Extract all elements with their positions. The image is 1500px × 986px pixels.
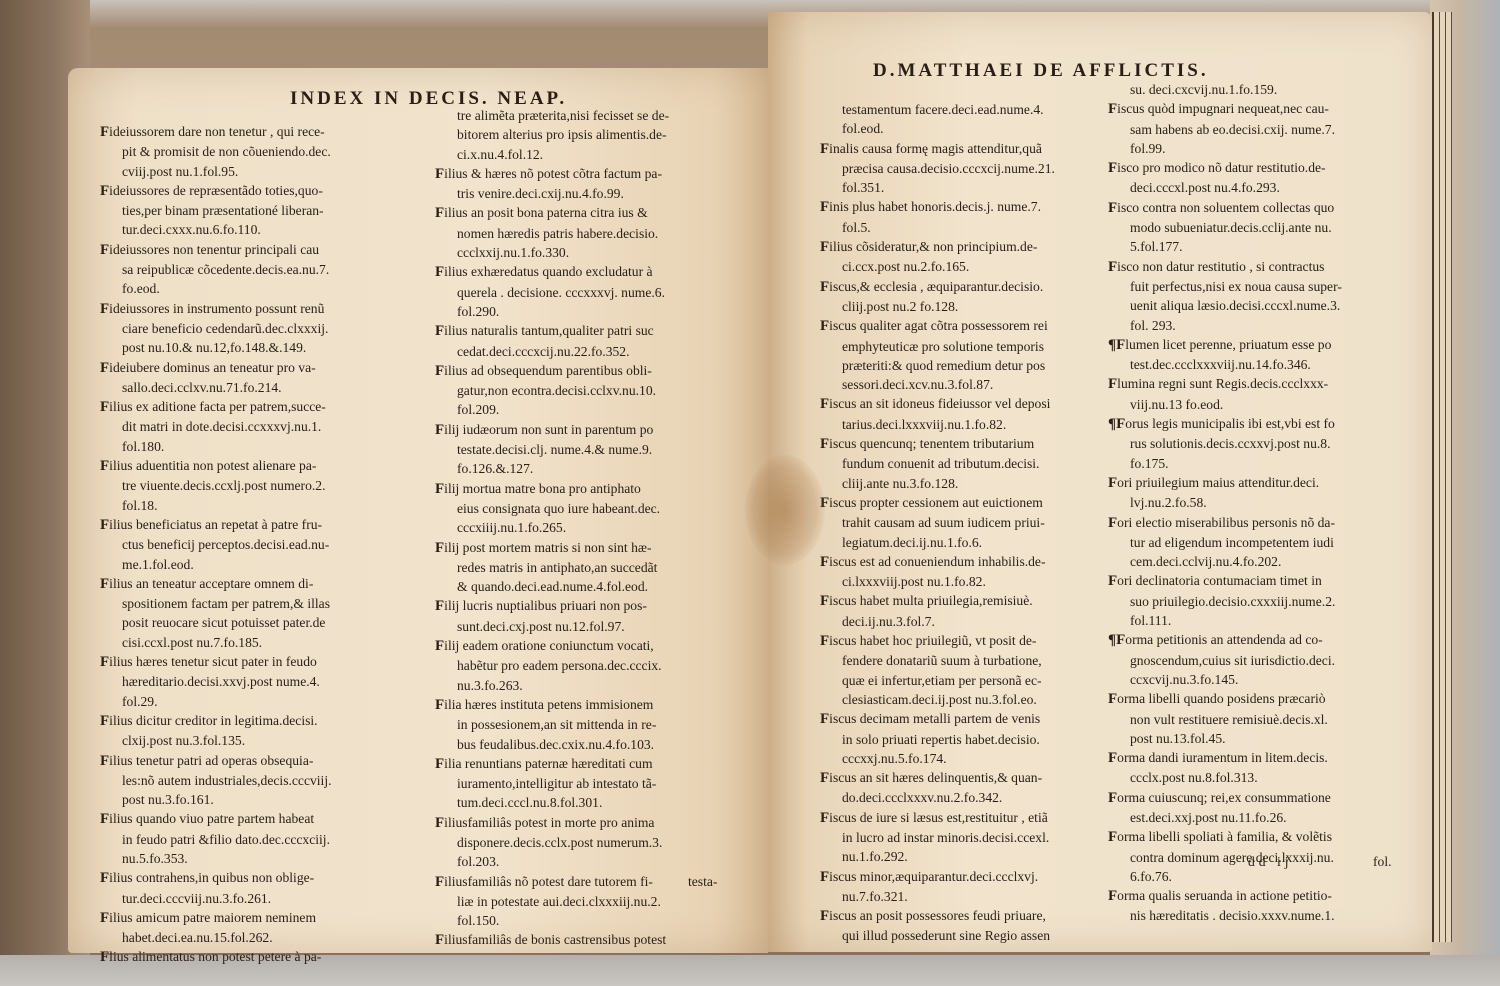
entry-continuation-line: præteriti:& quod remedium detur pos	[820, 356, 1120, 375]
index-entry: Filius ex aditione facta per patrem,succ…	[100, 397, 445, 456]
entry-headword-line: Filiusfamiliâs de bonis castrensibus pot…	[435, 930, 735, 950]
entry-continuation-line: 5.fol.177.	[1108, 237, 1408, 256]
entry-headword-line: Fideiussores non tenentur principali cau	[100, 240, 445, 260]
entry-continuation-line: uenit aliqua læsio.decisi.cccxl.nume.3.	[1108, 296, 1408, 315]
entry-continuation-line: tur.deci.cxxx.nu.6.fo.110.	[100, 220, 445, 239]
entry-continuation-line: ccclx.post nu.8.fol.313.	[1108, 768, 1408, 787]
entry-continuation-line: eius consignata quo iure habeant.dec.	[435, 499, 735, 518]
entry-continuation-line: sa reipublicæ cõcedente.decis.ea.nu.7.	[100, 260, 445, 279]
entry-headword-line: Fori declinatoria contumaciam timet in	[1108, 571, 1408, 591]
entry-headword-line: Forma dandi iuramentum in litem.decis.	[1108, 748, 1408, 768]
index-entry: Finis plus habet honoris.decis.j. nume.7…	[820, 197, 1120, 237]
entry-headword-line: ¶Flumen licet perenne, priuatum esse po	[1108, 335, 1408, 355]
entry-continuation-line: tre viuente.decis.ccxlj.post numero.2.	[100, 476, 445, 495]
index-entry: Filius hæres tenetur sicut pater in feud…	[100, 652, 445, 711]
index-entry: Fiscus an sit idoneus fideiussor vel dep…	[820, 394, 1120, 434]
entry-headword-line: Filius an posit bona paterna citra ius &	[435, 203, 735, 223]
index-entry: Filij post mortem matris si non sint hæ-…	[435, 538, 735, 597]
entry-continuation-line: trahit causam ad suum iudicem priui-	[820, 513, 1120, 532]
entry-continuation-line: disponere.decis.cclx.post numerum.3.	[435, 833, 735, 852]
entry-headword-line: Fori electio miserabilibus personis nõ d…	[1108, 513, 1408, 533]
entry-continuation-line: tum.deci.cccl.nu.8.fol.301.	[435, 793, 735, 812]
entry-continuation-line: ciare beneficio cedendarũ.dec.clxxxij.	[100, 319, 445, 338]
entry-continuation-line: quæ ei infertur,etiam per personã ec-	[820, 671, 1120, 690]
left-page: INDEX IN DECIS. NEAP. Fideiussorem dare …	[68, 68, 768, 953]
entry-continuation-line: modo subueniatur.decis.cclij.ante nu.	[1108, 218, 1408, 237]
index-entry: Filius exhæredatus quando excludatur àqu…	[435, 262, 735, 321]
index-column-right-b: su. deci.cxcvij.nu.1.fo.159.Fiscus quòd …	[1108, 80, 1408, 926]
running-head: D.MATTHAEI DE AFFLICTIS.	[873, 60, 1209, 82]
entry-headword-line: Filij post mortem matris si non sint hæ-	[435, 538, 735, 558]
entry-headword-line: Fideiussores in instrumento possunt renũ	[100, 299, 445, 319]
index-entry: su. deci.cxcvij.nu.1.fo.159.	[1108, 80, 1408, 99]
entry-headword-line: Filius an teneatur acceptare omnem di-	[100, 574, 445, 594]
index-entry: Fiscus an posit possessores feudi priuar…	[820, 906, 1120, 946]
right-page: D.MATTHAEI DE AFFLICTIS. testamentum fac…	[768, 12, 1432, 952]
entry-continuation-line: fuit perfectus,nisi ex noua causa super-	[1108, 277, 1408, 296]
index-column-left-a: Fideiussorem dare non tenetur , qui rece…	[100, 122, 445, 968]
entry-continuation-line: in lucro ad instar minoris.decisi.ccexl.	[820, 828, 1120, 847]
index-entry: ¶Forus legis municipalis ibi est,vbi est…	[1108, 414, 1408, 473]
entry-continuation-line: nu.3.fo.263.	[435, 676, 735, 695]
entry-continuation-line: test.dec.ccclxxxviij.nu.14.fo.346.	[1108, 355, 1408, 374]
entry-headword-line: Filius exhæredatus quando excludatur à	[435, 262, 735, 282]
entry-headword-line: Fiscus qualiter agat cõtra possessorem r…	[820, 316, 1120, 336]
entry-headword-line: ¶Forma petitionis an attendenda ad co-	[1108, 630, 1408, 650]
entry-continuation-line: fol.180.	[100, 437, 445, 456]
entry-continuation-line: fol.eod.	[820, 119, 1120, 138]
entry-headword-line: Filij mortua matre bona pro antiphato	[435, 479, 735, 499]
index-entry: Fideiussores non tenentur principali cau…	[100, 240, 445, 299]
index-entry: ¶Flumen licet perenne, priuatum esse pot…	[1108, 335, 1408, 375]
index-entry: Fideiubere dominus an teneatur pro va-sa…	[100, 358, 445, 398]
entry-headword-line: Filius & hæres nõ potest cõtra factum pa…	[435, 164, 735, 184]
entry-continuation-line: tur ad eligendum incompetentem iudi	[1108, 533, 1408, 552]
entry-continuation-line: nomen hæredis patris habere.decisio.	[435, 224, 735, 243]
entry-headword-line: Fiscus decimam metalli partem de venis	[820, 709, 1120, 729]
entry-headword-line: Fisco contra non soluentem collectas quo	[1108, 198, 1408, 218]
entry-continuation-line: liæ in potestate aui.deci.clxxxiij.nu.2.	[435, 892, 735, 911]
index-entry: Filius ad obsequendum parentibus obli-ga…	[435, 361, 735, 420]
entry-continuation-line: iuramento,intelligitur ab intestato tã-	[435, 774, 735, 793]
entry-continuation-line: post nu.3.fo.161.	[100, 790, 445, 809]
entry-continuation-line: ci.lxxxviij.post nu.1.fo.82.	[820, 572, 1120, 591]
entry-continuation-line: ctus beneficij perceptos.decisi.ead.nu-	[100, 535, 445, 554]
entry-headword-line: Filius beneficiatus an repetat à patre f…	[100, 515, 445, 535]
index-entry: Filius beneficiatus an repetat à patre f…	[100, 515, 445, 574]
entry-headword-line: Finis plus habet honoris.decis.j. nume.7…	[820, 197, 1120, 217]
entry-continuation-line: lvj.nu.2.fo.58.	[1108, 493, 1408, 512]
index-entry: Fiscus habet hoc priuilegiũ, vt posit de…	[820, 631, 1120, 709]
entry-continuation-line: viij.nu.13 fo.eod.	[1108, 395, 1408, 414]
entry-headword-line: Fiscus propter cessionem aut euictionem	[820, 493, 1120, 513]
entry-headword-line: Finalis causa formę magis attenditur,quã	[820, 139, 1120, 159]
entry-continuation-line: clesiasticam.deci.ij.post nu.3.fol.eo.	[820, 690, 1120, 709]
entry-continuation-line: fundum conuenit ad tributum.decisi.	[820, 454, 1120, 473]
index-entry: Filij lucris nuptialibus priuari non pos…	[435, 596, 735, 636]
entry-headword-line: Filius ad obsequendum parentibus obli-	[435, 361, 735, 381]
entry-continuation-line: cliij.ante nu.3.fo.128.	[820, 474, 1120, 493]
index-entry: Fideiussores in instrumento possunt renũ…	[100, 299, 445, 358]
index-entry: Filij mortua matre bona pro antiphatoeiu…	[435, 479, 735, 538]
entry-continuation-line: querela . decisione. cccxxxvj. nume.6.	[435, 283, 735, 302]
entry-continuation-line: pit & promisit de non cõueniendo.dec.	[100, 142, 445, 161]
index-entry: Forma qualis seruanda in actione petitio…	[1108, 886, 1408, 926]
entry-continuation-line: spositionem factam per patrem,& illas	[100, 594, 445, 613]
entry-continuation-line: fol.5.	[820, 218, 1120, 237]
entry-continuation-line: fol.290.	[435, 302, 735, 321]
index-entry: Fiscus est ad conueniendum inhabilis.de-…	[820, 552, 1120, 592]
entry-continuation-line: tarius.deci.lxxxviij.nu.1.fo.82.	[820, 415, 1120, 434]
entry-headword-line: Fisco pro modico nõ datur restitutio.de-	[1108, 158, 1408, 178]
entry-headword-line: Filius aduentitia non potest alienare pa…	[100, 456, 445, 476]
entry-headword-line: Fiscus est ad conueniendum inhabilis.de-	[820, 552, 1120, 572]
entry-continuation-line: ci.x.nu.4.fol.12.	[435, 145, 735, 164]
page-edges	[1432, 12, 1452, 942]
index-entry: Fisco contra non soluentem collectas quo…	[1108, 198, 1408, 257]
entry-continuation-line: dit matri in dote.decisi.ccxxxvj.nu.1.	[100, 417, 445, 436]
entry-continuation-line: cccxxj.nu.5.fo.174.	[820, 749, 1120, 768]
entry-headword-line: Filius cõsideratur,& non principium.de-	[820, 237, 1120, 257]
entry-headword-line: Filij eadem oratione coniunctum vocati,	[435, 636, 735, 656]
index-entry: Fori declinatoria contumaciam timet insu…	[1108, 571, 1408, 630]
entry-continuation-line: gnoscendum,cuius sit iurisdictio.deci.	[1108, 651, 1408, 670]
entry-continuation-line: fol.203.	[435, 852, 735, 871]
entry-headword-line: Flumina regni sunt Regis.decis.ccclxxx-	[1108, 374, 1408, 394]
entry-continuation-line: cedat.deci.cccxcij.nu.22.fo.352.	[435, 342, 735, 361]
entry-continuation-line: cem.deci.cclvij.nu.4.fo.202.	[1108, 552, 1408, 571]
index-entry: Filij eadem oratione coniunctum vocati,h…	[435, 636, 735, 695]
index-entry: tre alimẽta præterita,nisi fecisset se d…	[435, 106, 735, 164]
entry-headword-line: Forma cuiuscunq; rei,ex consummatione	[1108, 788, 1408, 808]
entry-headword-line: Flius alimentatus non potest petere à pa…	[100, 947, 445, 967]
entry-continuation-line: deci.ij.nu.3.fol.7.	[820, 612, 1120, 631]
index-entry: Filia renuntians paternæ hæreditati cumi…	[435, 754, 735, 813]
entry-continuation-line: cliij.post nu.2 fo.128.	[820, 297, 1120, 316]
index-entry: testamentum facere.deci.ead.nume.4.fol.e…	[820, 100, 1120, 139]
index-entry: Fiscus de iure si læsus est,restituitur …	[820, 808, 1120, 867]
index-entry: Forma cuiuscunq; rei,ex consummationeest…	[1108, 788, 1408, 828]
entry-headword-line: Filiusfamiliâs potest in morte pro anima	[435, 813, 735, 833]
entry-continuation-line: fol.150.	[435, 911, 735, 930]
index-entry: Filiusfamiliâs de bonis castrensibus pot…	[435, 930, 735, 950]
index-entry: Flius alimentatus non potest petere à pa…	[100, 947, 445, 967]
index-entry: Filius dicitur creditor in legitima.deci…	[100, 711, 445, 751]
index-column-right-a: testamentum facere.deci.ead.nume.4.fol.e…	[820, 100, 1120, 946]
index-entry: Filia hæres instituta petens immisionemi…	[435, 695, 735, 754]
entry-headword-line: Filius quando viuo patre partem habeat	[100, 809, 445, 829]
entry-continuation-line: in possesionem,an sit mittenda in re-	[435, 715, 735, 734]
entry-headword-line: Forma libelli spoliati à familia, & volẽ…	[1108, 827, 1408, 847]
index-entry: Fiscus quòd impugnari nequeat,nec cau-sa…	[1108, 99, 1408, 158]
entry-continuation-line: legiatum.deci.ij.nu.1.fo.6.	[820, 533, 1120, 552]
index-entry: Filius an posit bona paterna citra ius &…	[435, 203, 735, 262]
signature-mark: dd ij	[1248, 854, 1293, 870]
index-column-left-b: tre alimẽta præterita,nisi fecisset se d…	[435, 106, 735, 951]
entry-continuation-line: nis hæreditatis . decisio.xxxv.nume.1.	[1108, 906, 1408, 925]
entry-continuation-line: ccxcvij.nu.3.fo.145.	[1108, 670, 1408, 689]
index-entry: Filius an teneatur acceptare omnem di-sp…	[100, 574, 445, 652]
entry-continuation-line: cccxiiij.nu.1.fo.265.	[435, 518, 735, 537]
entry-headword-line: Fiscus habet hoc priuilegiũ, vt posit de…	[820, 631, 1120, 651]
entry-headword-line: Fideiussorem dare non tenetur , qui rece…	[100, 122, 445, 142]
entry-continuation-line: fol.351.	[820, 178, 1120, 197]
index-entry: Filius contrahens,in quibus non oblige-t…	[100, 868, 445, 908]
entry-headword-line: Fiscus an sit idoneus fideiussor vel dep…	[820, 394, 1120, 414]
index-entry: Fiscus habet multa priuilegia,remisiuè.d…	[820, 591, 1120, 631]
entry-continuation-line: fol.18.	[100, 496, 445, 515]
entry-continuation-line: bus feudalibus.dec.cxix.nu.4.fo.103.	[435, 735, 735, 754]
index-entry: Fiscus quencunq; tenentem tributariumfun…	[820, 434, 1120, 493]
index-entry: Filius aduentitia non potest alienare pa…	[100, 456, 445, 515]
water-stain	[745, 455, 825, 565]
entry-continuation-line: emphyteuticæ pro solutione temporis	[820, 337, 1120, 356]
entry-continuation-line: redes matris in antiphato,an succedãt	[435, 558, 735, 577]
entry-continuation-line: tur.deci.cccviij.nu.3.fo.261.	[100, 889, 445, 908]
entry-continuation-line: hæreditario.decisi.xxvj.post nume.4.	[100, 672, 445, 691]
entry-headword-line: Fiscus quencunq; tenentem tributarium	[820, 434, 1120, 454]
index-entry: ¶Forma petitionis an attendenda ad co-gn…	[1108, 630, 1408, 689]
entry-headword-line: Filius ex aditione facta per patrem,succ…	[100, 397, 445, 417]
entry-headword-line: Fiscus habet multa priuilegia,remisiuè.	[820, 591, 1120, 611]
entry-headword-line: Fisco non datur restitutio , si contract…	[1108, 257, 1408, 277]
index-entry: Filius amicum patre maiorem neminemhabet…	[100, 908, 445, 948]
entry-continuation-line: sallo.deci.cclxv.nu.71.fo.214.	[100, 378, 445, 397]
entry-continuation-line: est.deci.xxj.post nu.11.fo.26.	[1108, 808, 1408, 827]
entry-continuation-line: su. deci.cxcvij.nu.1.fo.159.	[1108, 80, 1408, 99]
index-entry: Filij iudæorum non sunt in parentum pote…	[435, 420, 735, 479]
entry-headword-line: Filius tenetur patri ad operas obsequia-	[100, 751, 445, 771]
entry-continuation-line: fol. 293.	[1108, 316, 1408, 335]
index-entry: Fiscus,& ecclesia , æquiparantur.decisio…	[820, 277, 1120, 317]
entry-continuation-line: in feudo patri &filio dato.dec.cccxciij.	[100, 830, 445, 849]
entry-headword-line: Filius contrahens,in quibus non oblige-	[100, 868, 445, 888]
entry-headword-line: Fiscus de iure si læsus est,restituitur …	[820, 808, 1120, 828]
entry-continuation-line: fol.111.	[1108, 611, 1408, 630]
entry-headword-line: Forma qualis seruanda in actione petitio…	[1108, 886, 1408, 906]
index-entry: Fori priuilegium maius attenditur.deci.l…	[1108, 473, 1408, 513]
entry-headword-line: ¶Forus legis municipalis ibi est,vbi est…	[1108, 414, 1408, 434]
entry-continuation-line: fo.126.&.127.	[435, 459, 735, 478]
entry-continuation-line: cviij.post nu.1.fol.95.	[100, 162, 445, 181]
entry-continuation-line: testate.decisi.clj. nume.4.& nume.9.	[435, 440, 735, 459]
entry-continuation-line: fo.175.	[1108, 454, 1408, 473]
entry-headword-line: Fiscus,& ecclesia , æquiparantur.decisio…	[820, 277, 1120, 297]
index-entry: Fisco non datur restitutio , si contract…	[1108, 257, 1408, 335]
entry-continuation-line: ties,per binam præsentationé liberan-	[100, 201, 445, 220]
entry-continuation-line: sam habens ab eo.decisi.cxij. nume.7.	[1108, 120, 1408, 139]
entry-headword-line: Fori priuilegium maius attenditur.deci.	[1108, 473, 1408, 493]
index-entry: Fiscus decimam metalli partem de venisin…	[820, 709, 1120, 768]
entry-continuation-line: posit reuocare sicut potuisset pater.de	[100, 613, 445, 632]
entry-headword-line: Filia renuntians paternæ hæreditati cum	[435, 754, 735, 774]
entry-headword-line: Filius dicitur creditor in legitima.deci…	[100, 711, 445, 731]
entry-continuation-line: les:nõ autem industriales,decis.cccviij.	[100, 771, 445, 790]
index-entry: Finalis causa formę magis attenditur,quã…	[820, 139, 1120, 198]
entry-headword-line: Forma libelli quando posidens præcariò	[1108, 689, 1408, 709]
entry-continuation-line: nu.5.fo.353.	[100, 849, 445, 868]
entry-continuation-line: præcisa causa.decisio.cccxcij.nume.21.	[820, 159, 1120, 178]
entry-headword-line: Filius naturalis tantum,qualiter patri s…	[435, 321, 735, 341]
entry-continuation-line: rus solutionis.decis.ccxxvj.post nu.8.	[1108, 434, 1408, 453]
entry-continuation-line: bitorem alterius pro ipsis alimentis.de-	[435, 125, 735, 144]
index-entry: Fiscus minor,æquiparantur.deci.ccclxvj.n…	[820, 867, 1120, 907]
index-entry: Fisco pro modico nõ datur restitutio.de-…	[1108, 158, 1408, 198]
entry-continuation-line: tre alimẽta præterita,nisi fecisset se d…	[435, 106, 735, 125]
index-entry: Filius naturalis tantum,qualiter patri s…	[435, 321, 735, 361]
entry-continuation-line: suo priuilegio.decisio.cxxxiij.nume.2.	[1108, 592, 1408, 611]
entry-continuation-line: tris venire.deci.cxij.nu.4.fo.99.	[435, 184, 735, 203]
index-entry: Fiscus an sit hæres delinquentis,& quan-…	[820, 768, 1120, 808]
entry-continuation-line: ccclxxij.nu.1.fo.330.	[435, 243, 735, 262]
entry-continuation-line: fol.209.	[435, 400, 735, 419]
catchword: testa-	[688, 874, 717, 890]
index-entry: Fiscus qualiter agat cõtra possessorem r…	[820, 316, 1120, 394]
entry-continuation-line: qui illud possederunt sine Regio assen	[820, 926, 1120, 945]
catchword: fol.	[1373, 854, 1392, 870]
index-entry: Filius & hæres nõ potest cõtra factum pa…	[435, 164, 735, 204]
index-entry: Fideiussores de repræsentãdo toties,quo-…	[100, 181, 445, 240]
entry-continuation-line: nu.1.fo.292.	[820, 847, 1120, 866]
entry-continuation-line: habet.deci.ea.nu.15.fol.262.	[100, 928, 445, 947]
entry-headword-line: Filius amicum patre maiorem neminem	[100, 908, 445, 928]
entry-continuation-line: in solo priuati repertis habet.decisio.	[820, 730, 1120, 749]
entry-headword-line: Fiscus an posit possessores feudi priuar…	[820, 906, 1120, 926]
index-entry: Forma libelli quando posidens præcariòno…	[1108, 689, 1408, 748]
entry-continuation-line: sessori.deci.xcv.nu.3.fol.87.	[820, 375, 1120, 394]
entry-continuation-line: nu.7.fo.321.	[820, 887, 1120, 906]
entry-continuation-line: me.1.fol.eod.	[100, 555, 445, 574]
entry-continuation-line: & quando.deci.ead.nume.4.fol.eod.	[435, 577, 735, 596]
entry-headword-line: Fiscus quòd impugnari nequeat,nec cau-	[1108, 99, 1408, 119]
entry-continuation-line: fo.eod.	[100, 279, 445, 298]
entry-continuation-line: post nu.13.fol.45.	[1108, 729, 1408, 748]
entry-headword-line: Filij lucris nuptialibus priuari non pos…	[435, 596, 735, 616]
index-entry: Filius tenetur patri ad operas obsequia-…	[100, 751, 445, 810]
entry-continuation-line: gatur,non econtra.decisi.cclxv.nu.10.	[435, 381, 735, 400]
index-entry: Flumina regni sunt Regis.decis.ccclxxx-v…	[1108, 374, 1408, 414]
entry-continuation-line: fol.99.	[1108, 139, 1408, 158]
entry-continuation-line: clxij.post nu.3.fol.135.	[100, 731, 445, 750]
entry-headword-line: Fiscus an sit hæres delinquentis,& quan-	[820, 768, 1120, 788]
entry-continuation-line: testamentum facere.deci.ead.nume.4.	[820, 100, 1120, 119]
index-entry: Filiusfamiliâs potest in morte pro anima…	[435, 813, 735, 872]
index-entry: Forma dandi iuramentum in litem.decis.cc…	[1108, 748, 1408, 788]
entry-headword-line: Filij iudæorum non sunt in parentum po	[435, 420, 735, 440]
index-entry: Fori electio miserabilibus personis nõ d…	[1108, 513, 1408, 572]
entry-headword-line: Filia hæres instituta petens immisionem	[435, 695, 735, 715]
entry-continuation-line: cisi.ccxl.post nu.7.fo.185.	[100, 633, 445, 652]
index-entry: Filius quando viuo patre partem habeatin…	[100, 809, 445, 868]
index-entry: Fideiussorem dare non tenetur , qui rece…	[100, 122, 445, 181]
entry-headword-line: Fiscus minor,æquiparantur.deci.ccclxvj.	[820, 867, 1120, 887]
entry-continuation-line: habẽtur pro eadem persona.dec.cccix.	[435, 656, 735, 675]
entry-headword-line: Fideiussores de repræsentãdo toties,quo-	[100, 181, 445, 201]
entry-continuation-line: sunt.deci.cxj.post nu.12.fol.97.	[435, 617, 735, 636]
entry-continuation-line: fendere donatariũ suum à turbatione,	[820, 651, 1120, 670]
entry-headword-line: Filius hæres tenetur sicut pater in feud…	[100, 652, 445, 672]
entry-continuation-line: non vult restituere remisiuè.decis.xl.	[1108, 710, 1408, 729]
index-entry: Fiscus propter cessionem aut euictionemt…	[820, 493, 1120, 552]
entry-continuation-line: deci.cccxl.post nu.4.fo.293.	[1108, 178, 1408, 197]
entry-headword-line: Fideiubere dominus an teneatur pro va-	[100, 358, 445, 378]
entry-continuation-line: post nu.10.& nu.12,fo.148.&.149.	[100, 338, 445, 357]
entry-continuation-line: fol.29.	[100, 692, 445, 711]
entry-continuation-line: ci.ccx.post nu.2.fo.165.	[820, 257, 1120, 276]
entry-continuation-line: do.deci.ccclxxxv.nu.2.fo.342.	[820, 788, 1120, 807]
index-entry: Filius cõsideratur,& non principium.de-c…	[820, 237, 1120, 277]
